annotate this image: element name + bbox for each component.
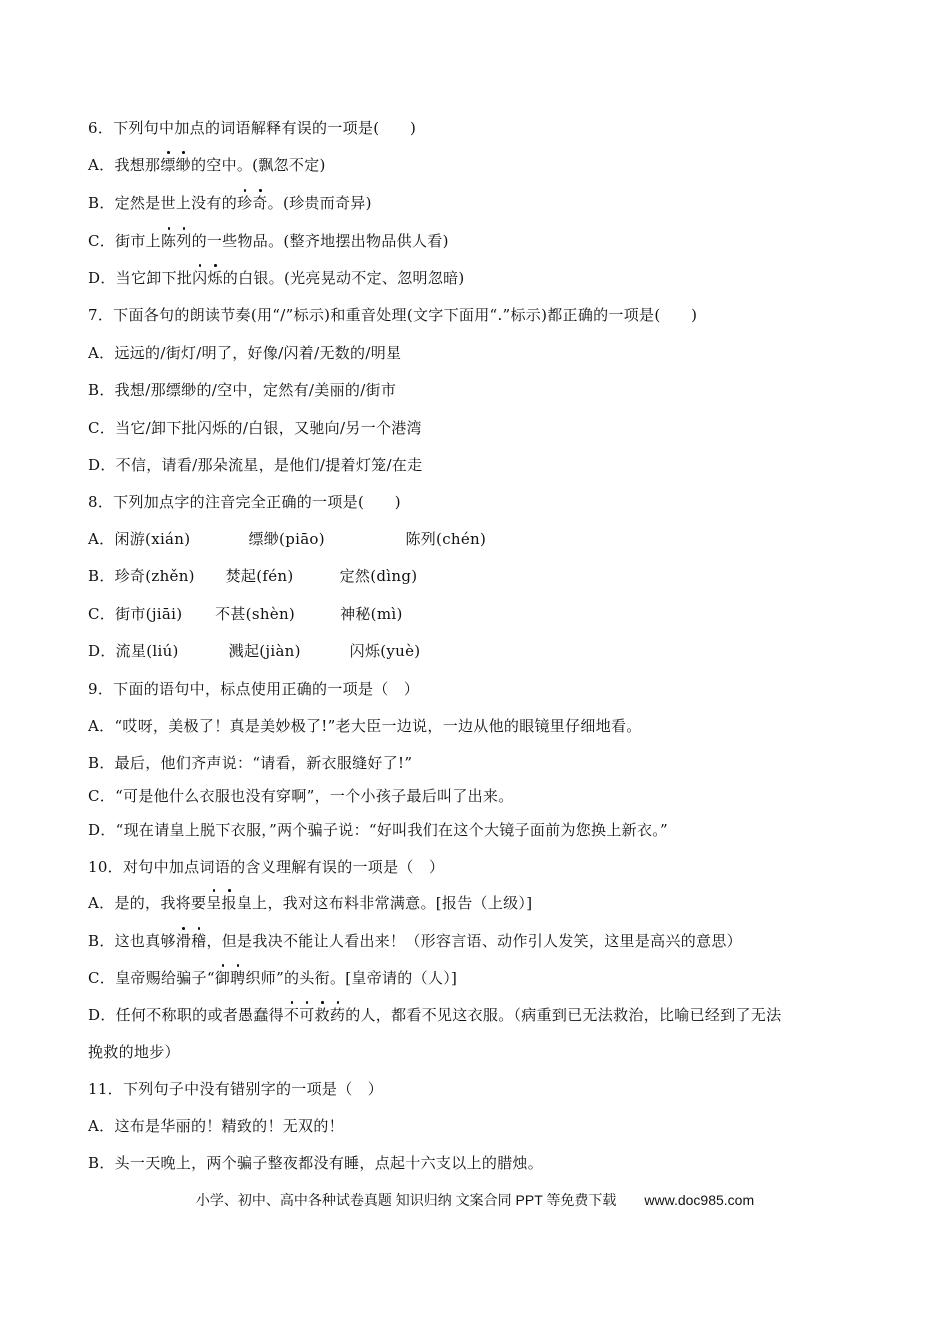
dotted-word: 呈报	[206, 894, 237, 912]
question-11-option-a: A．这布是华丽的！精致的！无双的！	[88, 1116, 344, 1136]
question-9-option-a: A．“哎呀，美极了！真是美妙极了!”老大臣一边说，一边从他的眼镜里仔细地看。	[88, 716, 642, 736]
question-7-option-c: C．当它/卸下批闪烁的/白银，又驰向/另一个港湾	[88, 418, 422, 438]
question-10-stem: 10．对句中加点词语的含义理解有误的一项是（ ）	[88, 857, 444, 877]
question-6-option-d: D．当它卸下批闪烁的白银。(光亮晃动不定、忽明忽暗)	[88, 268, 465, 288]
question-8-option-c: C．街市(jiāi)不甚(shèn)神秘(mì)	[88, 604, 403, 624]
question-10-option-d: D．任何不称职的或者愚蠢得不可救药的人，都看不见这衣服。（病重到已无法救治，比喻…	[88, 1005, 781, 1025]
question-10-option-d-continuation: 挽救的地步）	[88, 1042, 180, 1062]
question-7-stem: 7．下面各句的朗读节奏(用“/”标示)和重音处理(文字下面用“.”标示)都正确的…	[88, 305, 697, 325]
footer-url-link[interactable]: www.doc985.com	[644, 1192, 754, 1208]
question-10-option-b: B．这也真够滑稽，但是我决不能让人看出来！（形容言语、动作引人发笑，这里是高兴的…	[88, 931, 742, 951]
question-7-option-d: D．不信，请看/那朵流星，是他们/提着灯笼/在走	[88, 455, 422, 475]
question-10-option-a: A．是的，我将要呈报皇上，我对这布料非常满意。[报告（上级）]	[88, 893, 532, 913]
question-8-option-b: B．珍奇(zhěn)焚起(fén)定然(dìng)	[88, 566, 417, 586]
question-6-stem: 6．下列句中加点的词语解释有误的一项是( )	[88, 118, 416, 138]
dotted-word: 闪烁	[192, 269, 223, 287]
question-7-option-b: B．我想/那缥缈的/空中，定然有/美丽的/街市	[88, 380, 396, 400]
footer-text: 小学、初中、高中各种试卷真题 知识归纳 文案合同 PPT 等免费下载	[196, 1192, 617, 1208]
page-footer: 小学、初中、高中各种试卷真题 知识归纳 文案合同 PPT 等免费下载www.do…	[0, 1190, 950, 1210]
dotted-word: 不可救药	[284, 1006, 345, 1024]
question-9-option-c: C．“可是他什么衣服也没有穿啊”，一个小孩子最后叫了出来。	[88, 786, 514, 806]
question-9-option-d: D．“现在请皇上脱下衣服，”两个骗子说：“好叫我们在这个大镜子面前为您换上新衣。…	[88, 820, 668, 840]
dotted-word: 缥缈	[160, 156, 191, 174]
question-6-option-c: C．街市上陈列的一些物品。(整齐地摆出物品供人看)	[88, 231, 449, 251]
question-11-stem: 11．下列句子中没有错别字的一项是（ ）	[88, 1079, 383, 1099]
question-8-option-a: A．闲游(xián)缥缈(piāo)陈列(chén)	[88, 529, 486, 549]
question-8-option-d: D．流星(liú)溅起(jiàn)闪烁(yuè)	[88, 641, 420, 661]
question-11-option-b: B．头一天晚上，两个骗子整夜都没有睡，点起十六支以上的腊烛。	[88, 1153, 543, 1173]
question-6-option-b: B．定然是世上没有的珍奇。(珍贵而奇异)	[88, 193, 372, 213]
question-10-option-c: C．皇帝赐给骗子“御聘织师”的头衔。[皇帝请的（人）]	[88, 968, 457, 988]
dotted-word: 珍奇	[237, 194, 268, 212]
dotted-word: 陈列	[161, 232, 192, 250]
question-9-option-b: B．最后，他们齐声说：“请看，新衣服缝好了!”	[88, 753, 412, 773]
dotted-word: 御聘	[215, 969, 246, 987]
dotted-word: 滑稽	[176, 932, 207, 950]
question-9-stem: 9．下面的语句中，标点使用正确的一项是（ ）	[88, 679, 419, 699]
question-7-option-a: A．远远的/街灯/明了，好像/闪着/无数的/明星	[88, 343, 401, 363]
question-6-option-a: A．我想那缥缈的空中。(飘忽不定)	[88, 155, 326, 175]
question-8-stem: 8．下列加点字的注音完全正确的一项是( )	[88, 492, 401, 512]
